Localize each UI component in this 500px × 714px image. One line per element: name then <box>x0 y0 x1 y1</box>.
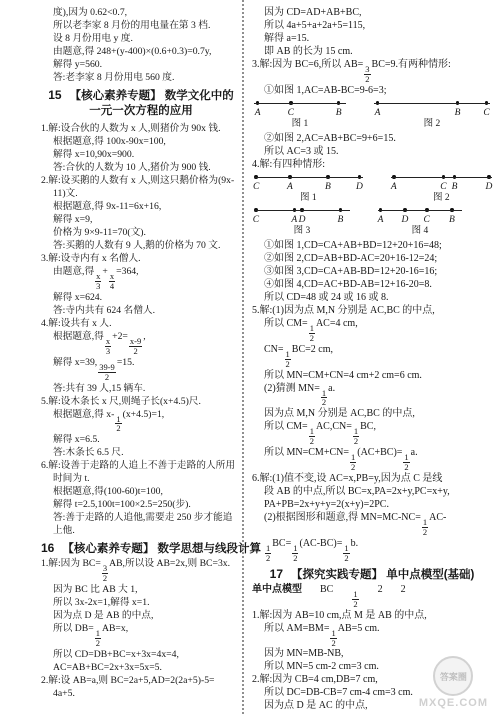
answer-line: 所以 DB=12AB=x, <box>41 622 241 648</box>
answer-line: 因为 BC 比 AB 大 1, <box>41 583 241 596</box>
answer-line: ④如图 4,CD=AC+BD-AB=12+16-20=8. <box>252 278 492 291</box>
fraction: 12 <box>292 544 298 563</box>
fraction: 12 <box>350 453 356 472</box>
answer-line: 答:寺内共有 624 名僧人. <box>41 304 241 317</box>
point-dot <box>425 208 429 212</box>
point-label: A <box>378 214 384 226</box>
fraction: 39-92 <box>98 363 116 382</box>
segment-figure: CABD图 1 <box>254 174 363 204</box>
answer-line: 4a+5. <box>41 687 241 700</box>
point-dot <box>485 101 489 105</box>
point-dot <box>339 208 343 212</box>
watermark: 答案圈 MXQE.COM <box>419 656 488 709</box>
answer-line: 1.解:设合伙的人数为 x 人,则猪价为 90x 钱. <box>41 122 241 135</box>
fraction: 12 <box>422 518 428 537</box>
answer-line: 根据题意,得 x-12(x+4.5)=1, <box>41 408 241 434</box>
answer-line: 解得 x=39,39-92=15. <box>41 356 241 382</box>
point-dot <box>392 175 396 179</box>
section-title: 【核心素养专题】 数学思想与线段计算 <box>62 543 261 555</box>
point-label: A <box>255 107 261 119</box>
answer-line: 解得 x=6.5. <box>41 433 241 446</box>
answer-line: 解得 a=15. <box>252 32 492 45</box>
watermark-site-text: MXQE.COM <box>419 697 488 709</box>
fill-answer: 2 <box>378 584 383 595</box>
answer-line: 5.解:(1)因为点 M,N 分别是 AC,BC 的中点, <box>252 304 492 317</box>
point-label: C <box>440 181 446 193</box>
answer-line: 度),因为 0.62<0.7, <box>41 6 241 19</box>
answer-line: 所以 CD=DB+BC=x+3x=4x=4, <box>41 648 241 661</box>
fraction: 12 <box>343 544 349 563</box>
fraction: x3 <box>105 337 111 356</box>
fraction: 12 <box>265 544 271 563</box>
figure-caption: 图 2 <box>391 193 492 204</box>
point-dot <box>442 175 446 179</box>
fraction: x3 <box>95 272 101 291</box>
answer-line: (2)猜测 MN=12a. <box>252 382 492 408</box>
section-header: 16【核心素养专题】 数学思想与线段计算 <box>41 541 241 557</box>
answer-line: 所以 AM=BM=12AB=5 cm. <box>252 622 492 648</box>
fraction: x-92 <box>129 337 142 356</box>
point-dot <box>288 175 292 179</box>
section-number: 15 <box>48 88 61 102</box>
answer-line: 3.解:因为 BC=6,所以 AB=32BC=9.有两种情形: <box>252 58 492 84</box>
fill-answer: BC <box>320 584 333 595</box>
watermark-logo-icon: 答案圈 <box>433 656 473 696</box>
answer-line: 所以老李家 8 月份的用电量在第 3 档. <box>41 19 241 32</box>
answer-line: 2.解:设买鹅的人数有 x 人,则这只鹅价格为(9x- <box>41 174 241 187</box>
figure-caption: 图 1 <box>254 119 346 130</box>
answer-line: PA+PB=2x+y+y=2(x+y)=2PC. <box>252 498 492 511</box>
answer-line: 由题意,得 248+(y-400)×(0.6+0.3)=0.7y, <box>41 45 241 58</box>
fill-in-answer-line: 单中点模型BC1222 <box>252 583 492 609</box>
column-divider <box>242 0 244 714</box>
section-header-line2: 一元一次方程的应用 <box>41 104 241 119</box>
figure-row: CADB图 3ADCB图 4 <box>252 207 492 237</box>
answer-line: (2)根据图形和题意,得 MN=MC-NC=12AC- <box>252 511 492 537</box>
point-dot <box>326 175 330 179</box>
point-label: C <box>288 107 294 119</box>
answer-line: 4.解:有四种情形: <box>252 158 492 171</box>
answer-line: 答:买鹅的人数有 9 人,鹅的价格为 70 文. <box>41 239 241 252</box>
fraction: 32 <box>364 65 370 84</box>
point-dot <box>300 208 304 212</box>
point-label: C <box>483 107 489 119</box>
answer-line: 答:木条长 6.5 尺. <box>41 446 241 459</box>
fraction: 12 <box>352 590 358 609</box>
point-label: D <box>356 181 363 193</box>
point-label: B <box>337 214 343 226</box>
right-column: 因为 CD=AD+AB+BC,所以 4a+5+a+2a+5=115,解得 a=1… <box>252 0 492 712</box>
section-header: 17【探究实践专题】 单中点模型(基础) <box>252 567 492 583</box>
answer-line: 3.解:设寺内有 x 名僧人. <box>41 252 241 265</box>
answer-line: ②如图 2,AC=AB+BC=9+6=15. <box>252 132 492 145</box>
fraction: 12 <box>403 453 409 472</box>
answer-line: AC=AB+BC=2x+3x=5x=5. <box>41 661 241 674</box>
section-title: 【核心素养专题】 数学文化中的 <box>70 90 234 102</box>
answer-line: 即 AB 的长为 15 cm. <box>252 45 492 58</box>
segment-figure: CADB图 3 <box>254 207 350 237</box>
point-dot <box>450 208 454 212</box>
answer-line: 5.解:设木条长 x 尺,则绳子长(x+4.5)尺. <box>41 395 241 408</box>
section-title: 【探究实践专题】 单中点模型(基础) <box>291 569 474 581</box>
answer-line: ③如图 3,CD=CA+AB-BD=12+20-16=16; <box>252 265 492 278</box>
point-dot <box>456 101 460 105</box>
segment-figure: ABC图 2 <box>374 100 490 130</box>
watermark-logo-text: 答案圈 <box>440 670 467 683</box>
figure-caption: 图 3 <box>254 226 350 237</box>
point-dot <box>403 208 407 212</box>
answer-line: 答:善于走路的人追他,需要走 250 步才能追 <box>41 511 241 524</box>
fill-answer: 2 <box>401 584 406 595</box>
answer-line: 解得 y=560. <box>41 58 241 71</box>
section-header: 15【核心素养专题】 数学文化中的 <box>41 88 241 104</box>
point-label: D <box>401 214 408 226</box>
answer-line: 所以 AC=3 或 15. <box>252 145 492 158</box>
fraction: 12 <box>353 427 359 446</box>
answer-line: 因为 CD=AD+AB+BC, <box>252 6 492 19</box>
answer-line: 所以 CM=12AC,CN=12BC, <box>252 420 492 446</box>
point-label: B <box>336 107 342 119</box>
answer-line: 答:共有 39 人,15 辆车. <box>41 382 241 395</box>
answer-line: 解得 x=10,90x=900. <box>41 148 241 161</box>
segment-figure: ADCB图 4 <box>378 207 462 237</box>
point-dot <box>337 101 341 105</box>
point-label: B <box>452 181 458 193</box>
answer-line: ①如图 1,AC=AB-BC=9-6=3; <box>252 84 492 97</box>
answer-line: 答:老李家 8 月份用电 560 度. <box>41 71 241 84</box>
fraction: 32 <box>102 564 108 583</box>
point-label: B <box>449 214 455 226</box>
fraction: x4 <box>109 272 115 291</box>
figure-caption: 图 4 <box>378 226 462 237</box>
point-dot <box>254 208 258 212</box>
segment-figure: ACB图 1 <box>254 100 346 130</box>
answer-line: 因为点 M,N 分别是 AC,BC 的中点, <box>252 407 492 420</box>
point-dot <box>487 175 491 179</box>
answer-line: 价格为 9×9-11=70(文). <box>41 226 241 239</box>
point-label: A <box>391 181 397 193</box>
point-dot <box>358 175 362 179</box>
answer-line: 所以 MN=CM+CN=4 cm+2 cm=6 cm. <box>252 369 492 382</box>
answer-line: 2.解:设 AB=a,则 BC=2a+5,AD=2(2a+5)-5= <box>41 674 241 687</box>
fraction: 12 <box>321 389 327 408</box>
point-label: D <box>299 214 306 226</box>
answer-line: CN=12BC=2 cm, <box>252 343 492 369</box>
answer-line: 4.解:设共有 x 人. <box>41 317 241 330</box>
answer-line: ①如图 1,CD=CA+AB+BD=12+20+16=48; <box>252 239 492 252</box>
point-dot <box>256 101 260 105</box>
point-label: D <box>486 181 493 193</box>
fraction: 12 <box>285 350 291 369</box>
fraction: 12 <box>309 427 315 446</box>
point-dot <box>293 208 297 212</box>
answer-line: 根据题意,得x3+2=x-92, <box>41 330 241 356</box>
answer-line: 根据题意,得 9x-11=6x+16, <box>41 200 241 213</box>
answer-line: 1.解:因为 BC=32AB,所以设 AB=2x,则 BC=3x. <box>41 557 241 583</box>
figure-caption: 图 2 <box>374 119 490 130</box>
fraction: 12 <box>95 629 101 648</box>
answer-line: 段 AB 的中点,所以 BC=x,PA=2x+y,PC=x+y, <box>252 485 492 498</box>
answer-line: 所以 CM=12AC=4 cm, <box>252 317 492 343</box>
answer-line: 所以 MN=CM+CN=12(AC+BC)=12a. <box>252 446 492 472</box>
answer-line: 设 8 月份用电 y 度. <box>41 32 241 45</box>
fill-answer: 12 <box>351 584 359 595</box>
point-label: B <box>325 181 331 193</box>
answer-line: 1.解:因为 AB=10 cm,点 M 是 AB 的中点, <box>252 609 492 622</box>
model-label: 单中点模型 <box>252 584 302 595</box>
answer-line: 时间为 t. <box>41 472 241 485</box>
point-label: C <box>253 181 259 193</box>
answer-line: ②如图 2,CD=AB+BD-AC=20+16-12=24; <box>252 252 492 265</box>
fraction: 12 <box>115 415 121 434</box>
section-number: 16 <box>41 541 54 555</box>
figure-caption: 图 1 <box>254 193 363 204</box>
point-label: A <box>375 107 381 119</box>
answer-line: 解得 t=2.5,100t=100×2.5=250(步). <box>41 498 241 511</box>
answer-line: 由题意,得x3+x4=364, <box>41 265 241 291</box>
textbook-answer-page: 度),因为 0.62<0.7,所以老李家 8 月份的用电量在第 3 档.设 8 … <box>0 0 500 714</box>
answer-line: 所以 3x-2x=1,解得 x=1. <box>41 596 241 609</box>
answer-line: 12BC=12(AC-BC)=12b. <box>252 537 492 563</box>
point-dot <box>379 208 383 212</box>
answer-line: 解得 x=9, <box>41 213 241 226</box>
answer-line: 解得 x=624. <box>41 291 241 304</box>
answer-line: 所以 CD=48 或 24 或 16 或 8. <box>252 291 492 304</box>
answer-line: 所以 4a+5+a+2a+5=115, <box>252 19 492 32</box>
answer-line: 根据题意,得(100-60)t=100, <box>41 485 241 498</box>
figure-row: CABD图 1ACBD图 2 <box>252 174 492 204</box>
answer-line: 11)文. <box>41 187 241 200</box>
point-label: C <box>253 214 259 226</box>
fraction: 12 <box>309 324 315 343</box>
answer-line: 根据题意,得 100x-90x=100, <box>41 135 241 148</box>
point-label: A <box>287 181 293 193</box>
answer-line: 上他. <box>41 524 241 537</box>
point-label: C <box>424 214 430 226</box>
left-column: 度),因为 0.62<0.7,所以老李家 8 月份的用电量在第 3 档.设 8 … <box>41 0 241 700</box>
point-dot <box>376 101 380 105</box>
answer-line: 6.解:(1)值不变,设 AC=x,PB=y,因为点 C 是线 <box>252 472 492 485</box>
point-dot <box>254 175 258 179</box>
answer-line: 因为点 D 是 AB 的中点, <box>41 609 241 622</box>
answer-line: 答:合伙的人数为 10 人,猪价为 900 钱. <box>41 161 241 174</box>
section-number: 17 <box>270 567 283 581</box>
answer-line: 6.解:设善于走路的人追上不善于走路的人所用 <box>41 459 241 472</box>
fraction: 12 <box>330 629 336 648</box>
figure-row: ACB图 1ABC图 2 <box>252 100 492 130</box>
point-dot <box>289 101 293 105</box>
point-label: B <box>455 107 461 119</box>
point-label: A <box>291 214 297 226</box>
segment-figure: ACBD图 2 <box>391 174 492 204</box>
point-dot <box>453 175 457 179</box>
